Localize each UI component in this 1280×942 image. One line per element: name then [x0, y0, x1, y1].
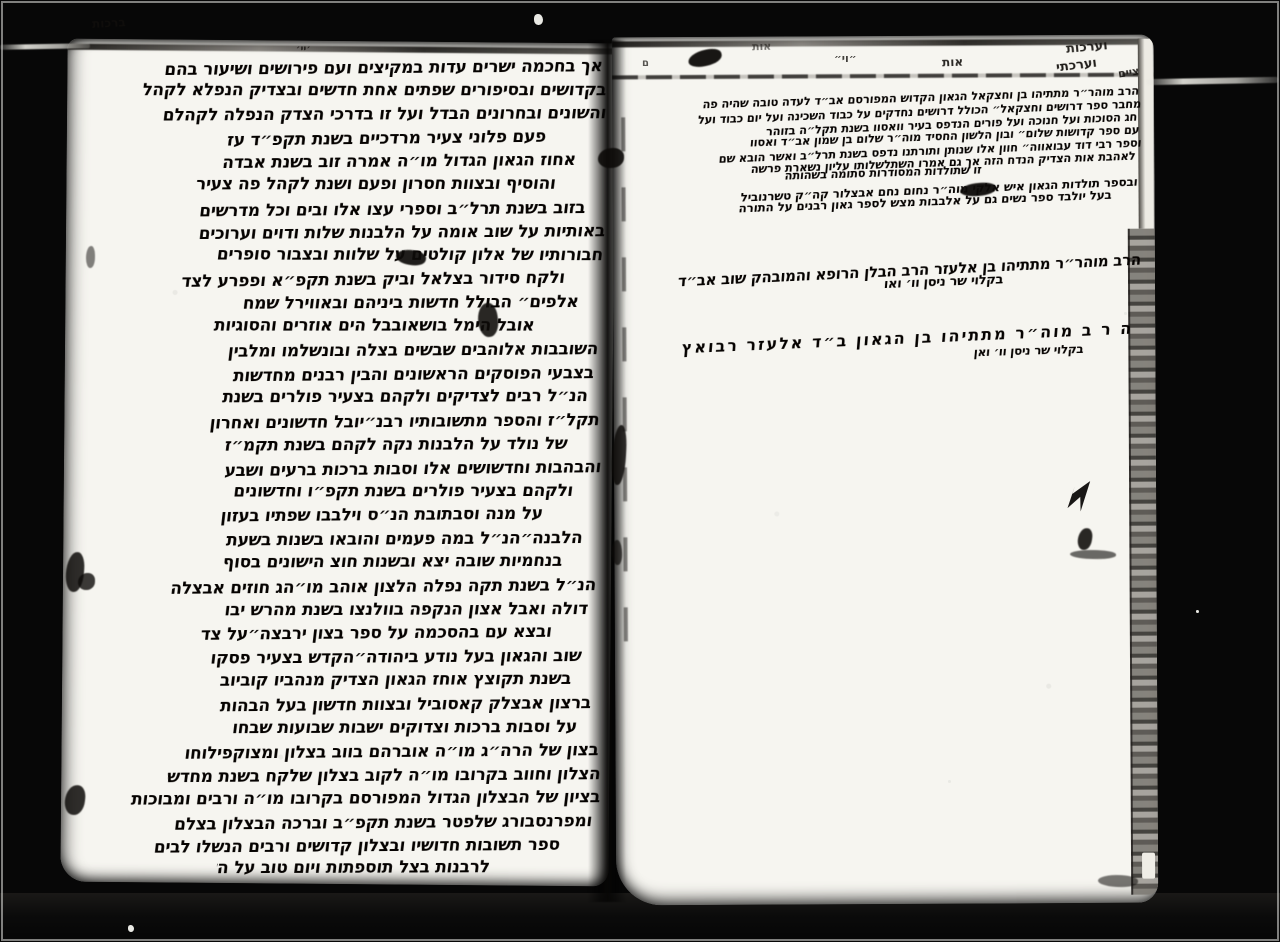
left-page-text-block: אך בחכמה ישרים עדות במקיצים ועם פירושים …: [66, 51, 606, 881]
manuscript-line: ולקהם בצעיר פולרים בשנת תקפ״ו וחדשונים: [148, 480, 574, 504]
scratch-line: [1146, 77, 1278, 85]
manuscript-line: לרבנות בצל תוספתות ויום טוב על השבועות ב…: [215, 857, 491, 881]
right-page-entry-1: הרב מוהר״ר מתתיהו בן אלעזר הרב הבלן הרופ…: [621, 249, 1143, 292]
manuscript-line: על מנה וסבתובת הנ״ס וילבבו שפתיו בעזון: [118, 503, 544, 530]
white-speck: [534, 14, 543, 25]
manuscript-line: חבורותיו של אלון קולטים על שלוות ובצבור …: [82, 243, 604, 267]
right-page-scratch-rule: [612, 73, 1154, 80]
manuscript-line: השובבות אלוהבים שבשים בצלה ובונשלמו ומלב…: [90, 338, 600, 365]
white-speck: [1196, 610, 1199, 613]
manuscript-line: בנחמיות שובה יצא ובשנות חוצ הישונים בסוף: [138, 550, 564, 576]
manuscript-line: הנ״ל רבים לצדיקים ולקהם בצעיר פולרים בשנ…: [129, 385, 589, 410]
manuscript-line: והוסיף ובצוות חסרון ופעם ושנת לקהל פה צע…: [161, 173, 557, 197]
right-manuscript-page: הרב מוהר״ר מתתיהו בן וחצקאל הגאון הקדוש …: [612, 35, 1159, 906]
manuscript-line: בציון של הבצלון הגדול המפורסם בקרובו מו״…: [66, 787, 601, 813]
right-page-top-edge-line: [612, 39, 1154, 48]
book-gutter-shadow: [588, 40, 626, 902]
manuscript-line: על וסבות ברכות וצדוקים ישבות שבועות שבחו: [106, 716, 578, 741]
page-corner-tab: [1142, 853, 1155, 879]
margin-note: ברכות: [92, 15, 126, 31]
manuscript-line: בשנת תקוצץ אוחז הגאון הצדיק מנהביו קוביו…: [127, 668, 573, 694]
manuscript-line: אובל הימל בושאובבל הים אוזרים והסוגיות: [180, 314, 536, 338]
left-manuscript-page: אך בחכמה ישרים עדות במקיצים ועם פירושים …: [60, 39, 615, 887]
right-page-entry-2: ה ר ב מוה״ר מתתיהו בן הגאון ב״ד אלעזר רב…: [621, 317, 1143, 360]
right-page-header-block: הרב מוהר״ר מתתיהו בן וחצקאל הגאון הקדוש …: [622, 85, 1142, 205]
manuscript-line: ובצא עם בהסכמה על ספר בצון ירבצה״על צד: [157, 621, 553, 648]
manuscript-line: אלפים״ הבולל חדשות ביניהם ובאווירל שמח: [200, 291, 580, 317]
manuscript-scan: אך בחכמה ישרים עדות במקיצים ועם פירושים …: [0, 0, 1280, 942]
manuscript-line: בקדושים ובסיפורים שפתים אחת חדשים ובצדיק…: [74, 79, 607, 103]
manuscript-line: של נולד על הלבנות נקה לקהם בשנת תקמ״ז: [169, 432, 569, 458]
manuscript-line: דולה ואבל אצון הנקפה בוולנצו בשנת מהרש י…: [111, 598, 589, 623]
manuscript-line: והשונים ובחרונים הבדל ועל זו בדרכי הצדק …: [78, 103, 607, 129]
